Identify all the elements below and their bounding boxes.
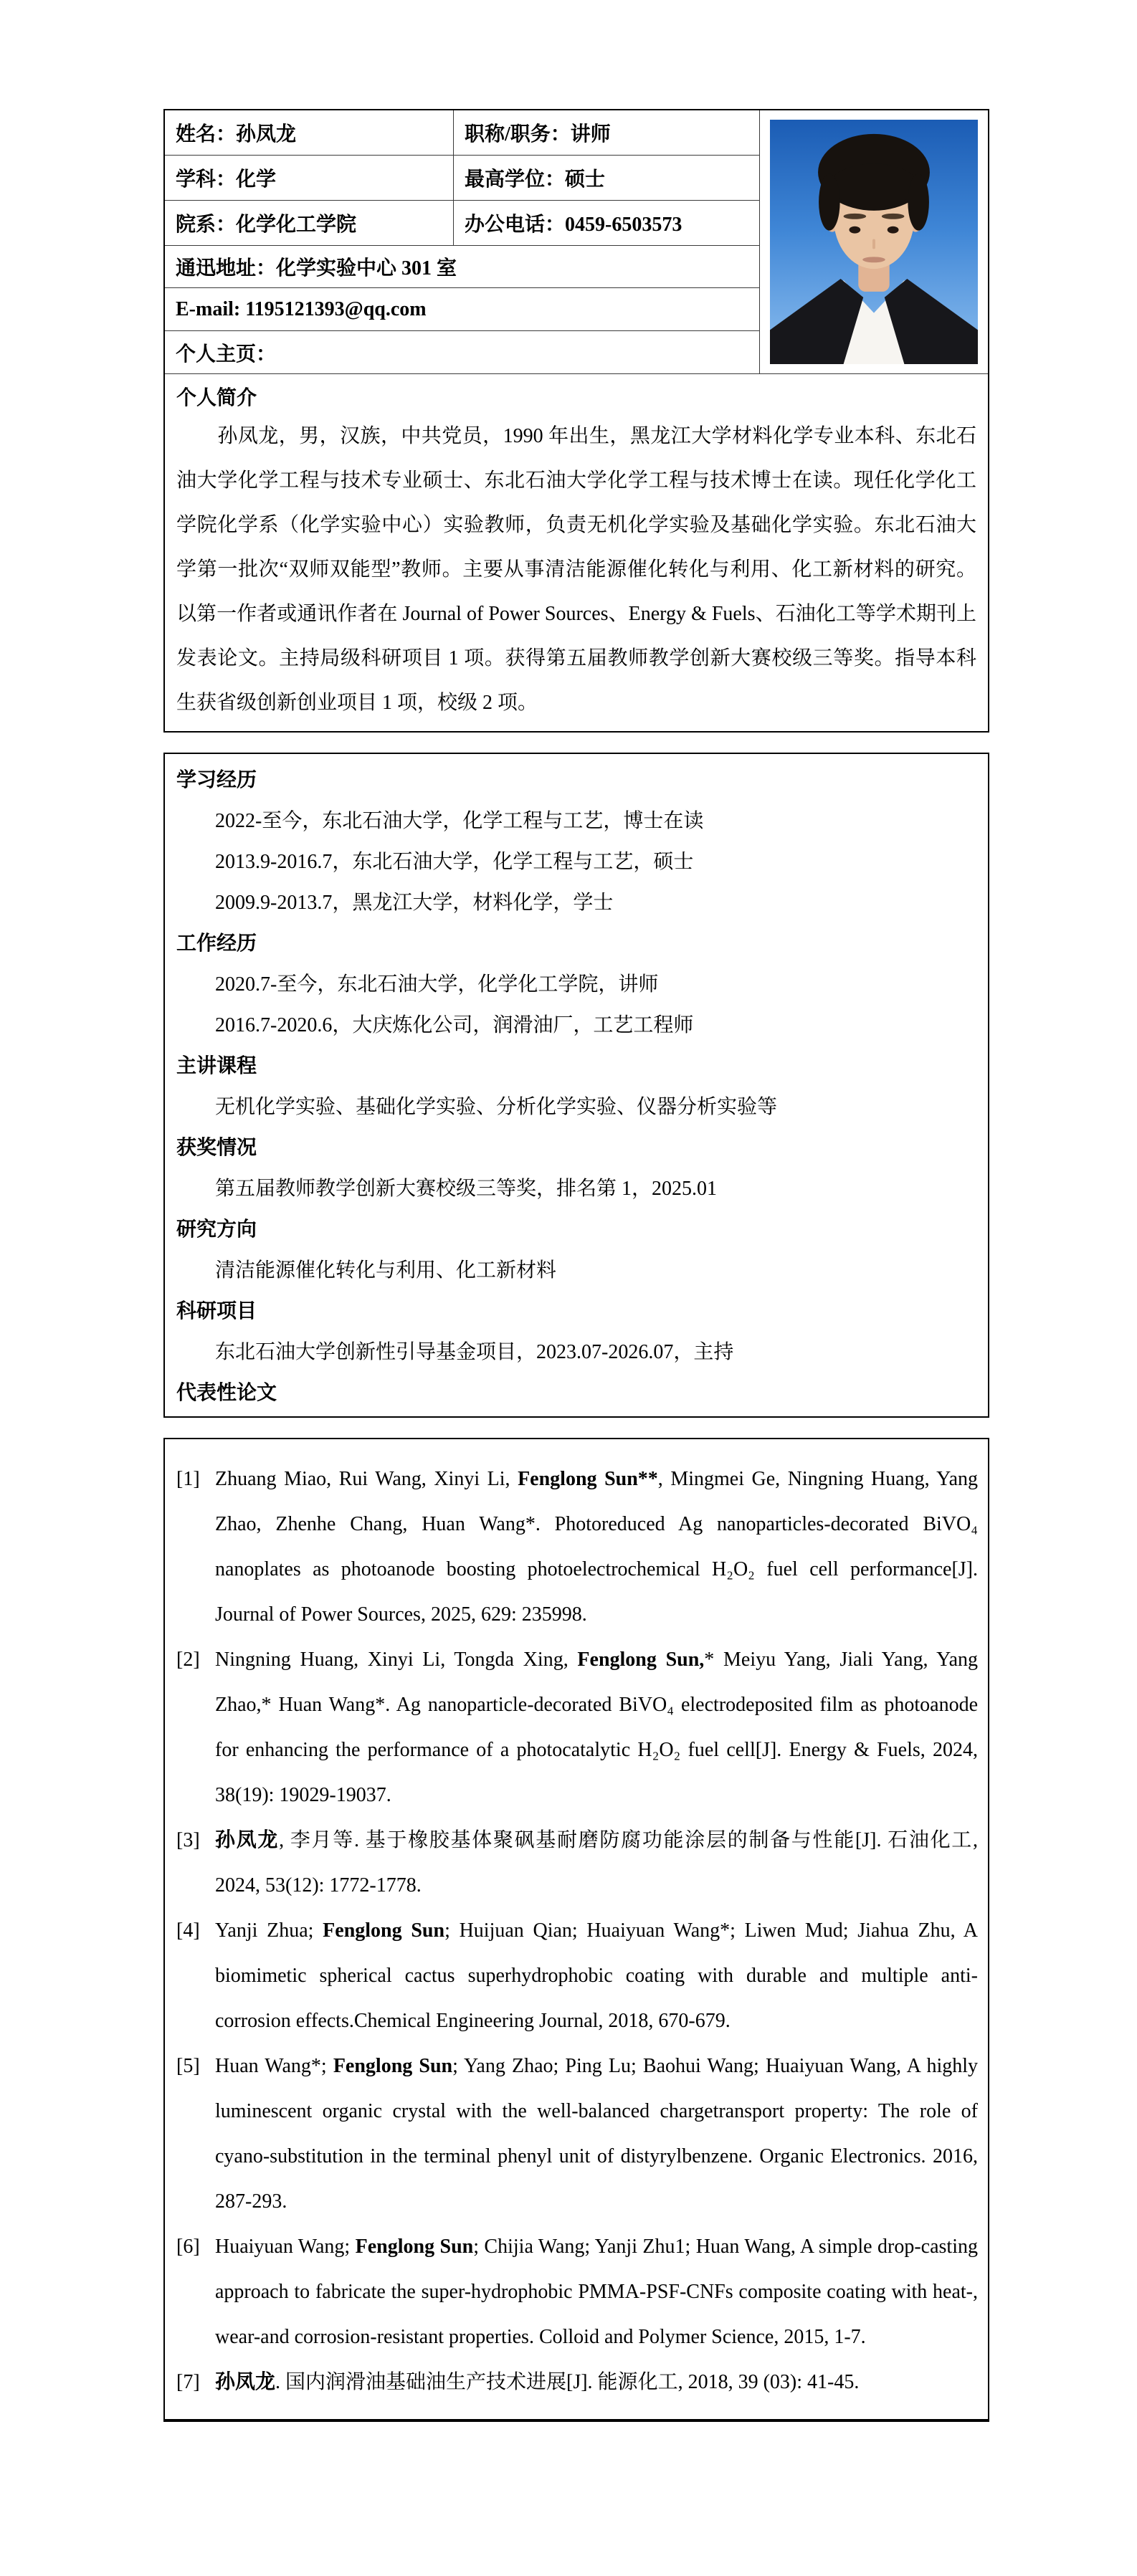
publication-text: * Meiyu Yang, Jiali Yang, Yang Zhao,* Hu… bbox=[215, 1649, 978, 1806]
publication-text: , Mingmei Ge, Ningning Huang, Yang Zhao,… bbox=[215, 1468, 978, 1626]
resume-sections: 学习经历2022-至今，东北石油大学，化学工程与工艺，博士在读2013.9-20… bbox=[163, 753, 989, 1418]
publication-text: , 李月等. 基于橡胶基体聚砜基耐磨防腐功能涂层的制备与性能[J]. 石油化工,… bbox=[215, 1829, 978, 1897]
publication-index: [7] bbox=[176, 2360, 200, 2405]
section-item: 清洁能源催化转化与利用、化工新材料 bbox=[165, 1250, 974, 1291]
publication-author-highlight: Fenglong Sun** bbox=[518, 1468, 658, 1490]
section-heading-2: 工作经历 bbox=[165, 923, 974, 964]
photo-cell bbox=[760, 110, 988, 374]
profile-photo bbox=[770, 120, 978, 364]
publication-text: Yanji Zhua; bbox=[215, 1919, 323, 1942]
publication-author-highlight: 孙凤龙 bbox=[215, 1829, 279, 1851]
photo-eyebrow-left bbox=[844, 214, 867, 219]
section-item: 2016.7-2020.6，大庆炼化公司，润滑油厂，工艺工程师 bbox=[165, 1005, 974, 1046]
section-item: 2009.9-2013.7，黑龙江大学，材料化学，学士 bbox=[165, 882, 974, 923]
photo-eyebrow-right bbox=[882, 214, 905, 219]
publication-index: [3] bbox=[176, 1818, 200, 1863]
publication-text: Ningning Huang, Xinyi Li, Tongda Xing, bbox=[215, 1649, 577, 1671]
intro-paragraph: 孙凤龙，男，汉族，中共党员，1990 年出生，黑龙江大学材料化学专业本科、东北石… bbox=[176, 414, 976, 725]
faculty-profile: 姓名：孙凤龙 职称/职务：讲师 bbox=[163, 109, 989, 2422]
photo-mouth bbox=[862, 257, 885, 262]
section-item: 2013.9-2016.7，东北石油大学，化学工程与工艺，硕士 bbox=[165, 841, 974, 882]
section-item: 2022-至今，东北石油大学，化学工程与工艺，博士在读 bbox=[165, 801, 974, 841]
profile-info-table: 姓名：孙凤龙 职称/职务：讲师 bbox=[163, 109, 989, 733]
name-cell: 姓名：孙凤龙 bbox=[165, 110, 454, 156]
publication-index: [6] bbox=[176, 2224, 200, 2269]
publication-index: [2] bbox=[176, 1637, 200, 1682]
publications-list: [1]Zhuang Miao, Rui Wang, Xinyi Li, Feng… bbox=[163, 1438, 989, 2422]
profile-intro-cell: 个人简介 孙凤龙，男，汉族，中共党员，1990 年出生，黑龙江大学材料化学专业本… bbox=[165, 374, 988, 731]
photo-hair-side-right bbox=[908, 173, 929, 230]
photo-hair-fringe bbox=[830, 163, 918, 206]
section-item: 无机化学实验、基础化学实验、分析化学实验、仪器分析实验等 bbox=[165, 1087, 974, 1127]
publication-text: Zhuang Miao, Rui Wang, Xinyi Li, bbox=[215, 1468, 518, 1490]
publication-author-highlight: 孙凤龙 bbox=[215, 2371, 275, 2393]
section-item: 第五届教师教学创新大赛校级三等奖，排名第 1，2025.01 bbox=[165, 1168, 974, 1209]
department-cell: 院系：化学化工学院 bbox=[165, 201, 454, 246]
photo-hair-side-left bbox=[819, 173, 840, 230]
address-cell: 通迅地址：化学实验中心 301 室 bbox=[165, 246, 760, 288]
publication-item: [4]Yanji Zhua; Fenglong Sun; Huijuan Qia… bbox=[165, 1908, 978, 2043]
publication-item: [2]Ningning Huang, Xinyi Li, Tongda Xing… bbox=[165, 1637, 978, 1818]
publication-item: [7]孙凤龙. 国内润滑油基础油生产技术进展[J]. 能源化工, 2018, 3… bbox=[165, 2360, 978, 2405]
publication-index: [5] bbox=[176, 2043, 200, 2089]
intro-heading: 个人简介 bbox=[176, 383, 976, 414]
section-heading-4: 获奖情况 bbox=[165, 1127, 974, 1168]
phone-cell: 办公电话：0459-6503573 bbox=[454, 201, 760, 246]
section-heading-6: 科研项目 bbox=[165, 1291, 974, 1332]
section-item: 2020.7-至今，东北石油大学，化学化工学院，讲师 bbox=[165, 964, 974, 1005]
publication-index: [4] bbox=[176, 1908, 200, 1953]
section-heading-5: 研究方向 bbox=[165, 1209, 974, 1250]
photo-nose bbox=[872, 239, 875, 249]
email-cell: E-mail: 1195121393@qq.com bbox=[165, 288, 760, 331]
publication-author-highlight: Fenglong Sun bbox=[323, 1919, 444, 1942]
section-heading-3: 主讲课程 bbox=[165, 1046, 974, 1087]
discipline-cell: 学科：化学 bbox=[165, 156, 454, 201]
section-heading-7: 代表性论文 bbox=[165, 1373, 974, 1413]
homepage-cell: 个人主页： bbox=[165, 331, 760, 374]
publication-author-highlight: Fenglong Sun, bbox=[577, 1649, 704, 1671]
title-cell: 职称/职务：讲师 bbox=[454, 110, 760, 156]
publication-text: Huan Wang*; bbox=[215, 2055, 333, 2077]
photo-eye-left bbox=[849, 226, 860, 234]
section-item: 东北石油大学创新性引导基金项目，2023.07-2026.07，主持 bbox=[165, 1332, 974, 1373]
document-page: { "info": { "name": "姓名：孙凤龙", "title": "… bbox=[0, 0, 1137, 2576]
publication-item: [3]孙凤龙, 李月等. 基于橡胶基体聚砜基耐磨防腐功能涂层的制备与性能[J].… bbox=[165, 1818, 978, 1908]
publication-item: [6]Huaiyuan Wang; Fenglong Sun; Chijia W… bbox=[165, 2224, 978, 2360]
publication-item: [5]Huan Wang*; Fenglong Sun; Yang Zhao; … bbox=[165, 2043, 978, 2224]
section-heading-1: 学习经历 bbox=[165, 760, 974, 801]
publication-index: [1] bbox=[176, 1456, 200, 1502]
publication-item: [1]Zhuang Miao, Rui Wang, Xinyi Li, Feng… bbox=[165, 1456, 978, 1637]
degree-cell: 最高学位：硕士 bbox=[454, 156, 760, 201]
photo-eye-right bbox=[888, 226, 899, 234]
publication-text: Huaiyuan Wang; bbox=[215, 2236, 356, 2258]
publication-text: ; Yang Zhao; Ping Lu; Baohui Wang; Huaiy… bbox=[215, 2055, 978, 2213]
publication-author-highlight: Fenglong Sun bbox=[356, 2236, 474, 2258]
publication-author-highlight: Fenglong Sun bbox=[333, 2055, 452, 2077]
publication-text: . 国内润滑油基础油生产技术进展[J]. 能源化工, 2018, 39 (03)… bbox=[275, 2371, 859, 2393]
